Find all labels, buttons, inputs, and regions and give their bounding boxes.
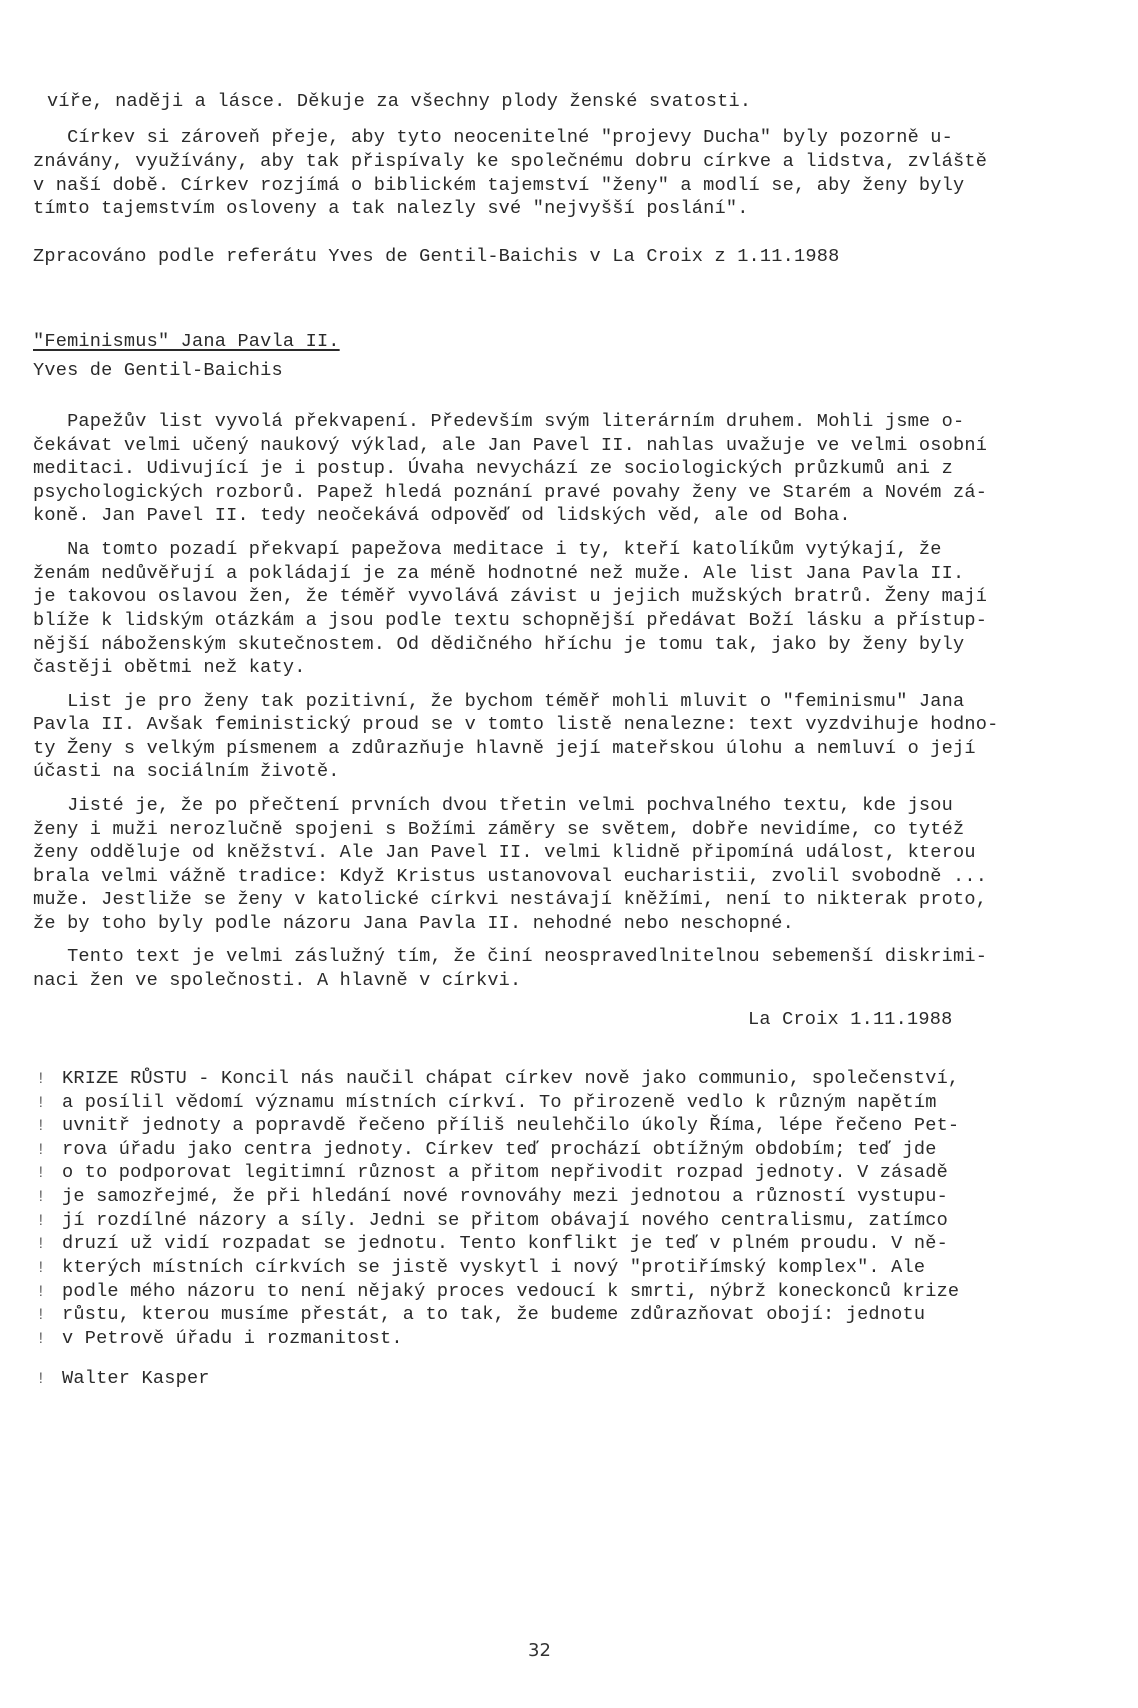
- document-page: víře, naději a lásce. Děkuje za všechny …: [0, 0, 1138, 1708]
- note-author: Walter Kasper: [62, 1370, 210, 1389]
- text-line: růstu, kterou musíme přestát, a to tak, …: [62, 1306, 925, 1325]
- text-line: ty Ženy s velkým písmenem a zdůrazňuje h…: [33, 740, 976, 759]
- text-line: že by toho byly podle názoru Jana Pavla …: [33, 915, 794, 934]
- text-line: druzí už vidí rozpadat se jednotu. Tento…: [62, 1235, 948, 1254]
- text-line: v naší době. Církev rozjímá o biblickém …: [33, 177, 964, 196]
- margin-mark: !: [36, 1307, 46, 1323]
- margin-mark: !: [36, 1284, 46, 1300]
- text-line: rova úřadu jako centra jednoty. Církev t…: [62, 1141, 937, 1160]
- text-line: psychologických rozborů. Papež hledá poz…: [33, 484, 987, 503]
- text-line: nější náboženským skutečnostem. Od dědič…: [33, 636, 964, 655]
- text-line: ženy i muži nerozlučně spojeni s Božími …: [33, 821, 964, 840]
- page-number: 32: [528, 1640, 551, 1661]
- text-line: ženám nedůvěřují a pokládají je za méně …: [33, 565, 964, 584]
- text-line: koně. Jan Pavel II. tedy neočekává odpov…: [33, 507, 851, 526]
- margin-mark: !: [36, 1071, 46, 1087]
- text-line: je takovou oslavou žen, že téměř vyvoláv…: [33, 588, 987, 607]
- text-line: a posílil vědomí významu místních církví…: [62, 1094, 937, 1113]
- margin-mark: !: [36, 1260, 46, 1276]
- margin-mark: !: [36, 1142, 46, 1158]
- text-line: kterých místních církvích se jistě vysky…: [62, 1259, 925, 1278]
- margin-mark: !: [36, 1189, 46, 1205]
- text-line: je samozřejmé, že při hledání nové rovno…: [62, 1188, 948, 1207]
- text-line: Jisté je, že po přečtení prvních dvou tř…: [33, 797, 953, 816]
- text-line: Církev si zároveň přeje, aby tyto neocen…: [33, 129, 953, 148]
- text-line: Tento text je velmi záslužný tím, že čin…: [33, 948, 987, 967]
- margin-mark: !: [36, 1118, 46, 1134]
- text-line: muže. Jestliže se ženy v katolické církv…: [33, 891, 987, 910]
- text-line: podle mého názoru to není nějaký proces …: [62, 1283, 959, 1302]
- margin-mark: !: [36, 1165, 46, 1181]
- text-line: meditaci. Udivující je i postup. Úvaha n…: [33, 460, 953, 479]
- margin-mark: !: [36, 1095, 46, 1111]
- article-author: Yves de Gentil-Baichis: [33, 362, 283, 381]
- text-line: čekávat velmi učený naukový výklad, ale …: [33, 437, 987, 456]
- text-line: ženy odděluje od kněžství. Ale Jan Pavel…: [33, 844, 976, 863]
- margin-mark: !: [36, 1371, 46, 1387]
- text-line: naci žen ve společnosti. A hlavně v círk…: [33, 972, 521, 991]
- text-line: znávány, využívány, aby tak přispívaly k…: [33, 153, 987, 172]
- text-line: účasti na sociálním životě.: [33, 763, 340, 782]
- text-line: List je pro ženy tak pozitivní, že bycho…: [33, 693, 964, 712]
- text-line: Pavla II. Avšak feministický proud se v …: [33, 716, 998, 735]
- text-line: Na tomto pozadí překvapí papežova medita…: [33, 541, 942, 560]
- margin-mark: !: [36, 1236, 46, 1252]
- article-title: "Feminismus" Jana Pavla II.: [33, 333, 340, 352]
- margin-mark: !: [36, 1331, 46, 1347]
- text-line: o to podporovat legitimní různost a přit…: [62, 1164, 948, 1183]
- text-line: blíže k lidským otázkám a jsou podle tex…: [33, 612, 987, 631]
- margin-mark: !: [36, 1213, 46, 1229]
- text-line: v Petrově úřadu i rozmanitost.: [62, 1330, 403, 1349]
- text-line: uvnitř jednoty a popravdě řečeno příliš …: [62, 1117, 959, 1136]
- article-source: La Croix 1.11.1988: [748, 1011, 952, 1030]
- text-line: jí rozdílné názory a síly. Jedni se přit…: [62, 1212, 948, 1231]
- text-line: brala velmi vážně tradice: Když Kristus …: [33, 868, 987, 887]
- text-line: častěji obětmi než katy.: [33, 659, 306, 678]
- text-line: Papežův list vyvolá překvapení. Předevší…: [33, 413, 964, 432]
- text-line: tímto tajemstvím osloveny a tak nalezly …: [33, 200, 749, 219]
- text-line: KRIZE RŮSTU - Koncil nás naučil chápat c…: [62, 1070, 959, 1089]
- text-line: víře, naději a lásce. Děkuje za všechny …: [47, 93, 751, 112]
- source-note: Zpracováno podle referátu Yves de Gentil…: [33, 248, 839, 267]
